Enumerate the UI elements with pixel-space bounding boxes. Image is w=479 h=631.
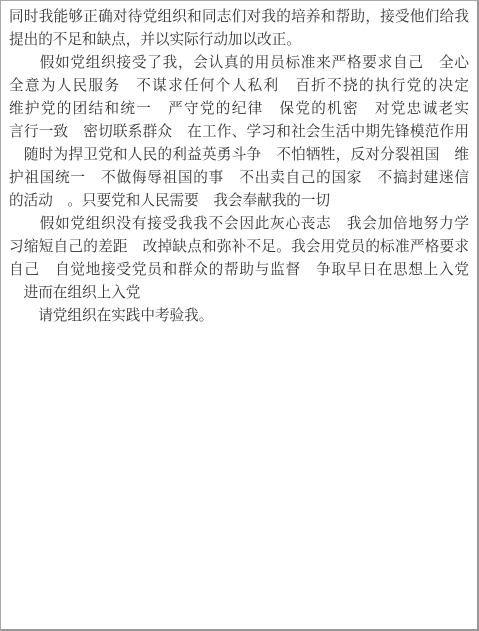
text-line-4: 全意为人民服务 不谋求任何个人私利 百折不挠的执行党的决定: [9, 75, 469, 98]
document-page: 同时我能够正确对待党组织和同志们对我的培养和帮助，接受他们给我 提出的不足和缺点…: [0, 0, 479, 631]
text-line-5: 维护党的团结和统一 严守党的纪律 保党的机密 对党忠诚老实: [9, 98, 469, 121]
text-line-7: 随时为捍卫党和人民的利益英勇斗争 不怕牺牲，反对分裂祖国 维: [9, 144, 469, 167]
text-line-6: 言行一致 密切联系群众 在工作、学习和社会生活中期先锋模范作用: [9, 121, 469, 144]
text-line-1: 同时我能够正确对待党组织和同志们对我的培养和帮助，接受他们给我: [9, 6, 469, 29]
text-line-2: 提出的不足和缺点，并以实际行动加以改正。: [9, 29, 469, 52]
text-line-14: 请党组织在实践中考验我。: [9, 305, 469, 328]
text-line-12: 自己 自觉地接受党员和群众的帮助与监督 争取早日在思想上入党: [9, 259, 469, 282]
text-line-13: 进而在组织上入党: [9, 282, 469, 305]
text-line-3: 假如党组织接受了我，会认真的用员标准来严格要求自己 全心: [9, 52, 469, 75]
text-line-11: 习缩短自己的差距 改掉缺点和弥补不足。我会用党员的标准严格要求: [9, 236, 469, 259]
text-line-10: 假如党组织没有接受我我不会因此灰心丧志 我会加倍地努力学: [9, 213, 469, 236]
text-line-8: 护祖国统一 不做侮辱祖国的事 不出卖自己的国家 不搞封建迷信: [9, 167, 469, 190]
text-line-9: 的活动 。只要党和人民需要 我会奉献我的一切: [9, 190, 469, 213]
document-text: 同时我能够正确对待党组织和同志们对我的培养和帮助，接受他们给我 提出的不足和缺点…: [1, 1, 477, 328]
